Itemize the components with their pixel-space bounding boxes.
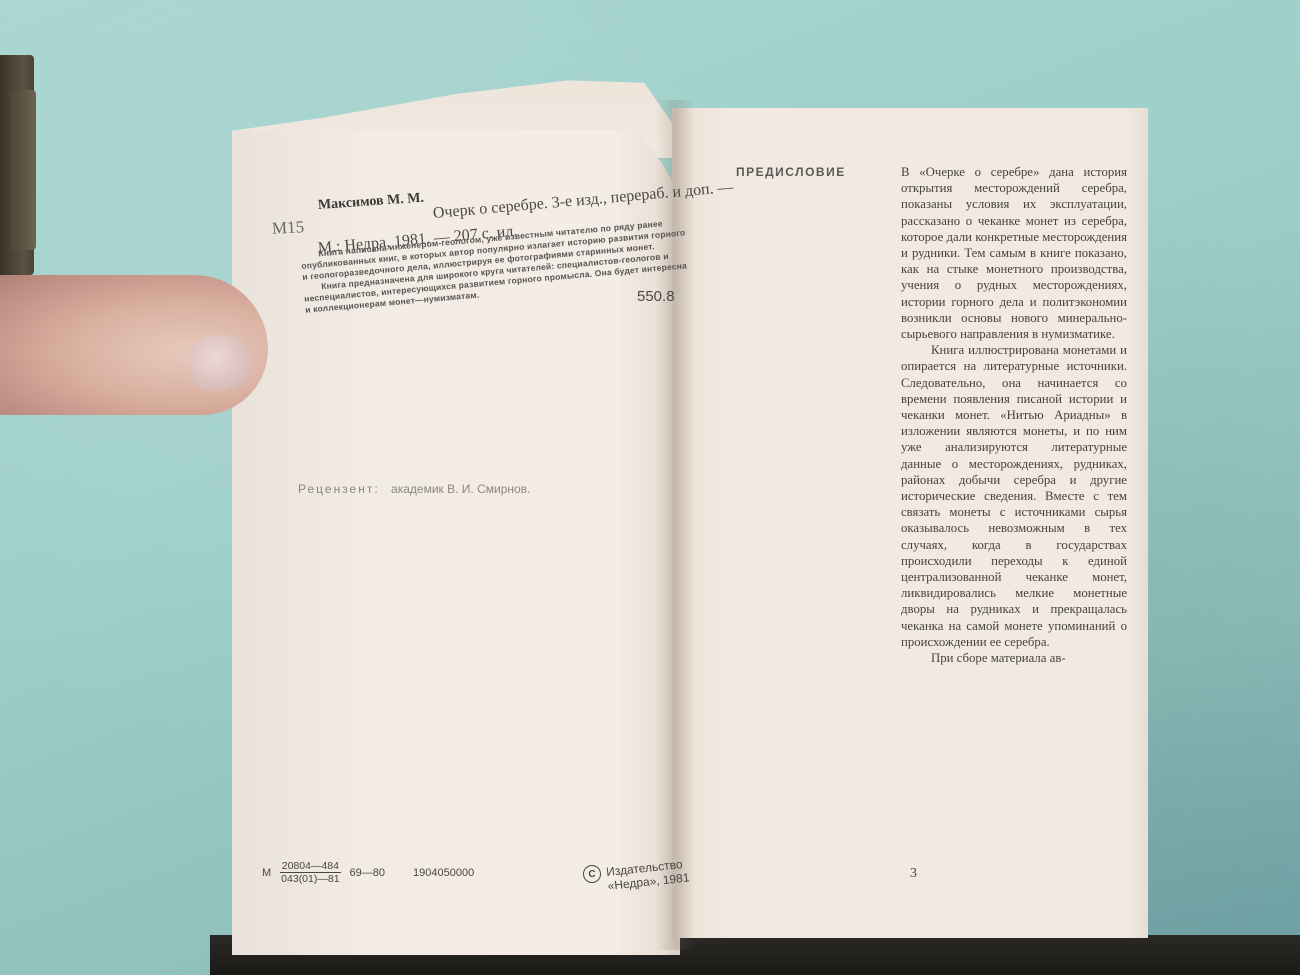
preface-paragraph: Книга иллюстрирована монетами и опираетс… xyxy=(901,342,1127,650)
preface-paragraph: При сборе материала ав- xyxy=(901,650,1127,666)
reviewer-line: Рецензент: академик В. И. Смирнов. xyxy=(298,482,530,496)
udk-code: М15 xyxy=(271,217,304,239)
thumbnail xyxy=(190,335,252,391)
copyright-icon: C xyxy=(583,865,601,883)
reviewer-name: академик В. И. Смирнов. xyxy=(391,482,530,496)
imprint-code: М 20804—484 043(01)—81 69—80 1904050000 xyxy=(262,860,474,885)
reviewer-label: Рецензент: xyxy=(298,482,380,496)
imprint-denominator: 043(01)—81 xyxy=(279,873,341,885)
background-book-spine xyxy=(10,90,36,250)
imprint-prefix: М xyxy=(262,867,271,879)
imprint-fraction: 20804—484 043(01)—81 xyxy=(279,860,341,885)
imprint-numerator: 20804—484 xyxy=(280,860,341,873)
preface-body: В «Очерке о серебре» дана история открыт… xyxy=(901,164,1127,666)
bbk-code: 550.8 xyxy=(637,288,675,305)
preface-paragraph: В «Очерке о серебре» дана история открыт… xyxy=(901,164,1127,342)
copyright-notice: C Издательство «Недра», 1981 xyxy=(583,865,689,893)
imprint-number: 1904050000 xyxy=(413,867,474,879)
imprint-suffix: 69—80 xyxy=(350,867,385,879)
preface-heading: ПРЕДИСЛОВИЕ xyxy=(736,165,846,179)
page-number: 3 xyxy=(910,866,917,882)
